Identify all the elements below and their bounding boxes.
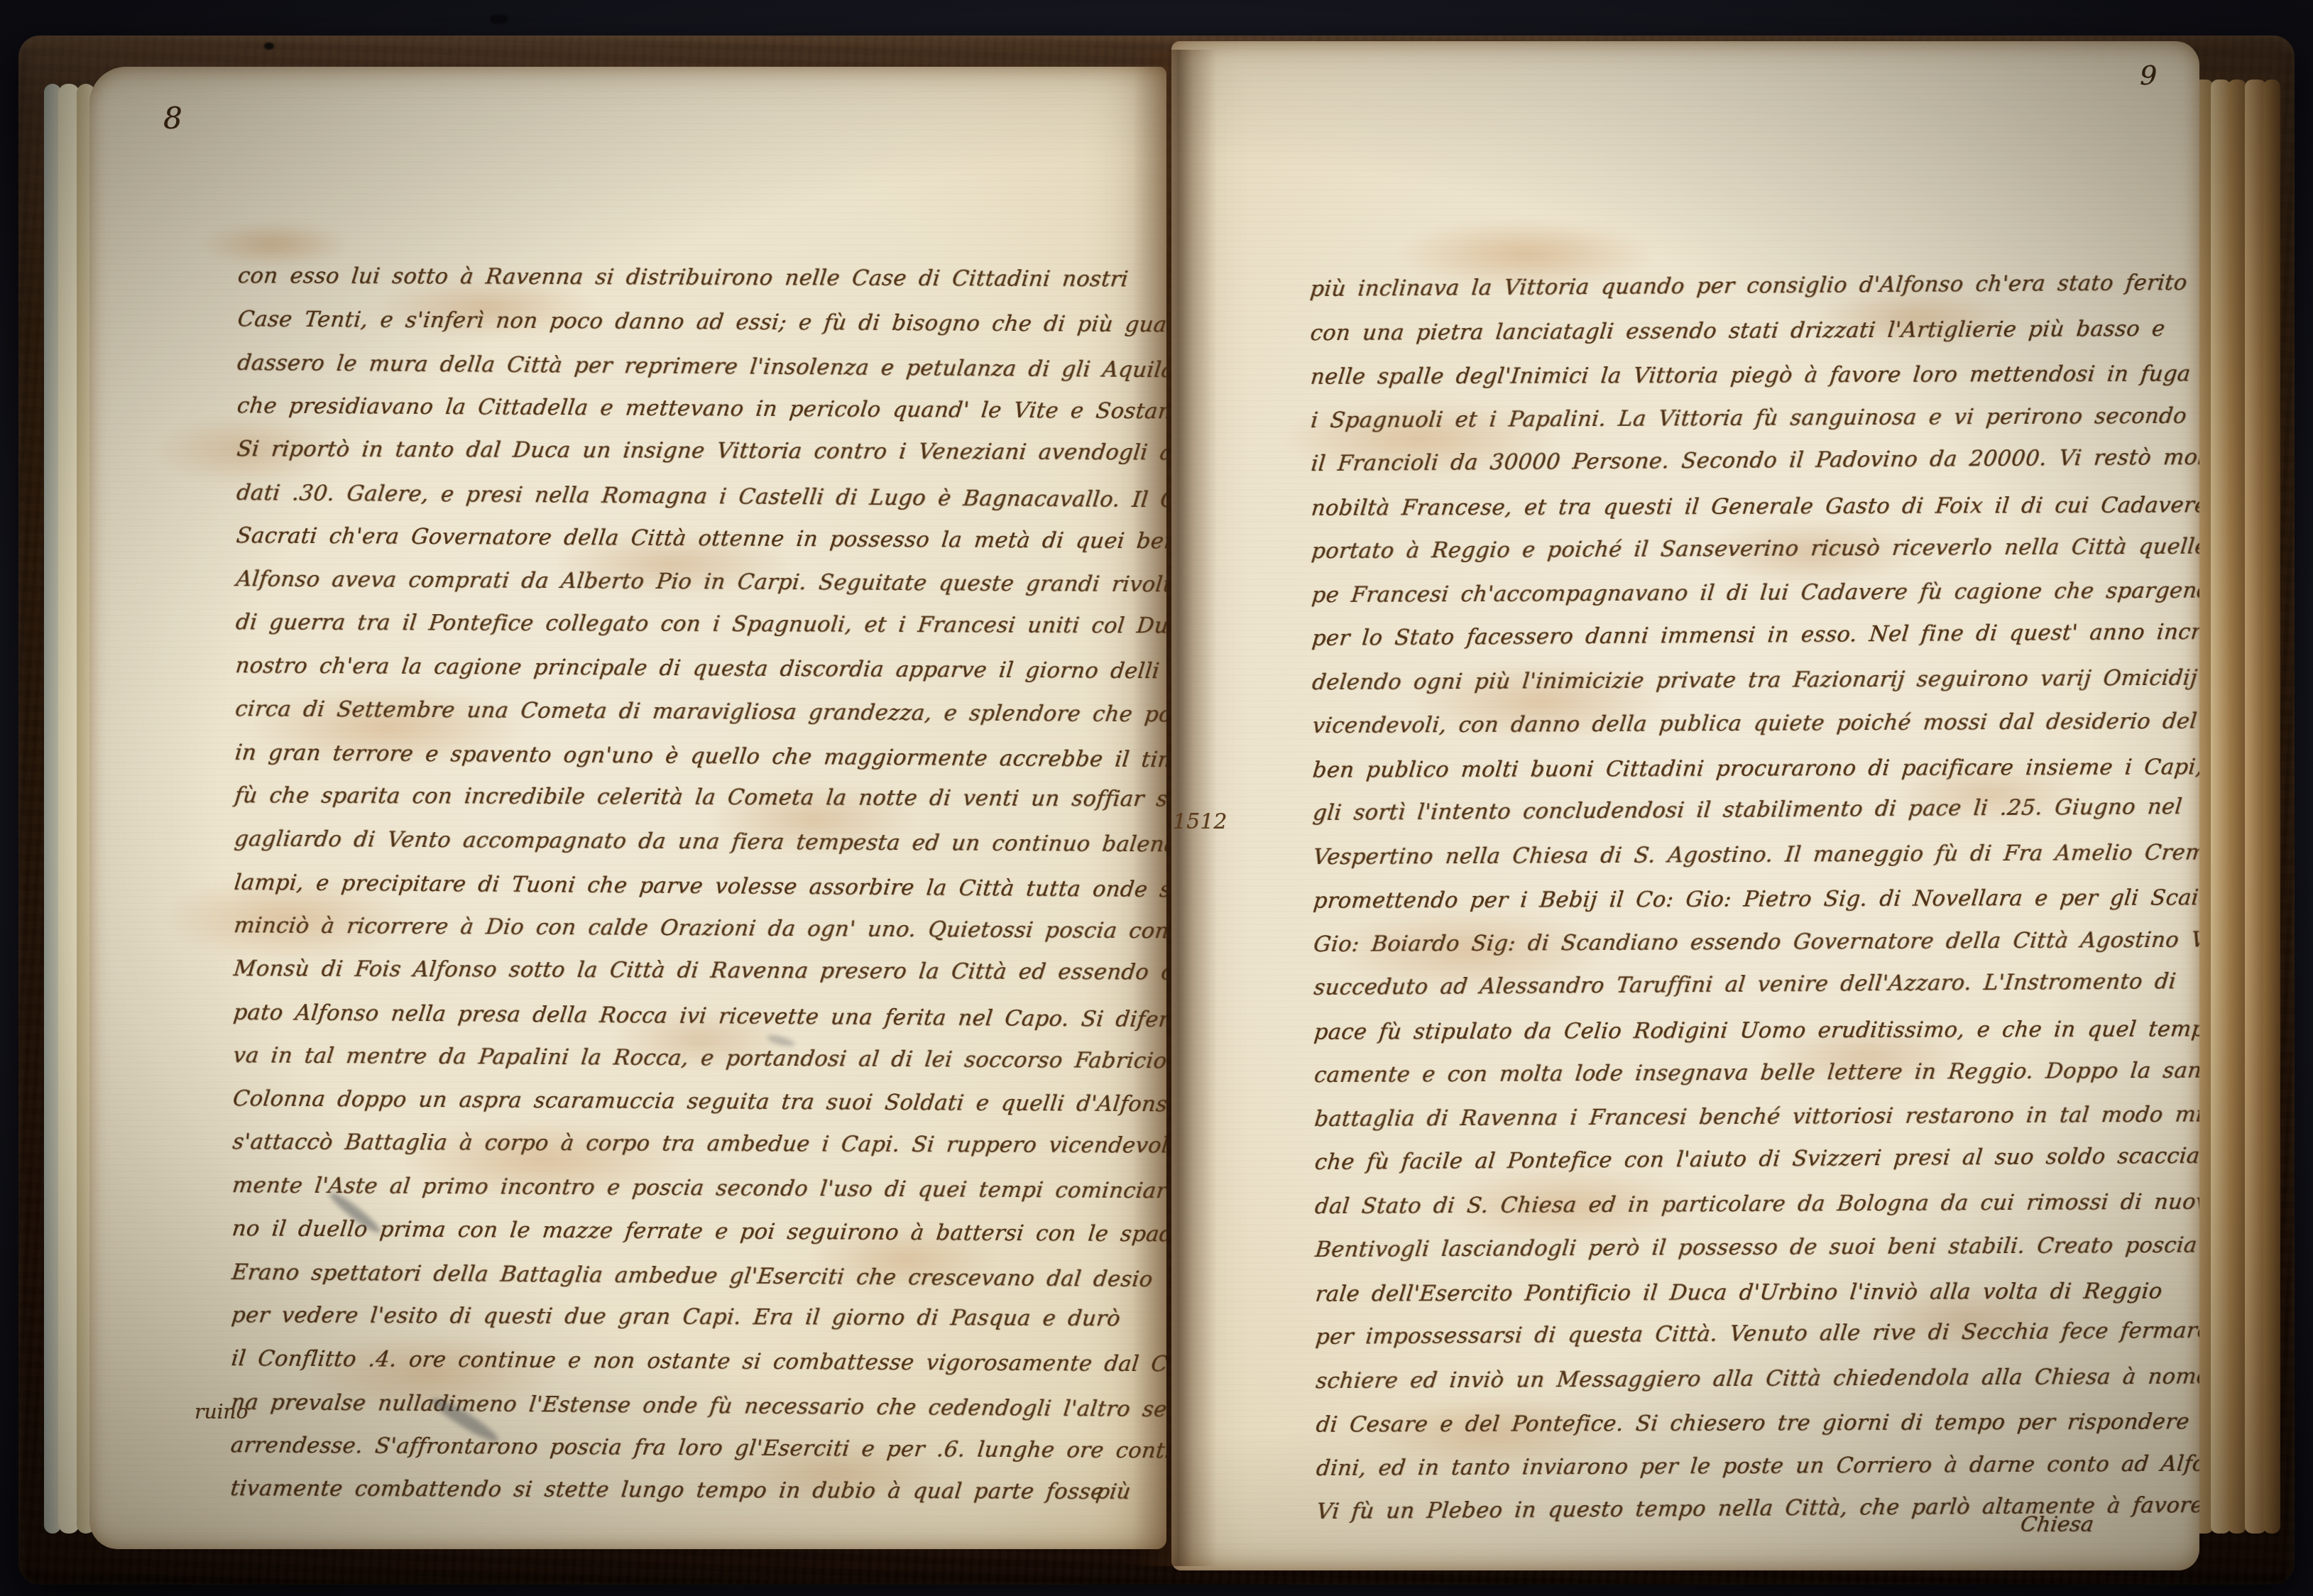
leaf-edge [2228,80,2246,1534]
manuscript-line: vicendevoli, con danno della publica qui… [1311,700,2161,748]
left-page: 8 con esso lui sotto à Ravenna si distri… [89,67,1166,1549]
manuscript-line: Case Tenti, e s'inferì non poco danno ad… [235,297,1100,346]
left-margin-note: ruino [195,1400,248,1423]
ink-speck [490,14,508,24]
manuscript-line: delendo ogni più l'inimicizie private tr… [1310,656,2160,704]
leaf-edge [2263,80,2280,1534]
manuscript-line: Erano spettatori della Battaglia ambedue… [229,1251,1095,1301]
manuscript-line: Sacrati ch'era Governatore della Città o… [234,514,1100,562]
manuscript-line: nobiltà Francese, et tra questi il Gener… [1309,483,2160,530]
manuscript-line: rale dell'Esercito Pontificio il Duca d'… [1313,1269,2164,1316]
manuscript-line: schiere ed inviò un Messaggiero alla Cit… [1313,1355,2164,1403]
manuscript-line: di Cesare e del Pontefice. Si chiesero t… [1314,1400,2165,1447]
left-catchword: più [1095,1480,1132,1504]
page-number-right: 9 [2140,60,2157,91]
manuscript-line: Monsù di Fois Alfonso sotto la Città di … [231,947,1097,994]
manuscript-line: na prevalse nulladimeno l'Estense onde f… [229,1381,1094,1431]
manuscript-line: mente l'Aste al primo incontro e poscia … [230,1164,1095,1212]
manuscript-line: che fù facile al Pontefice con l'aiuto d… [1313,1135,2163,1184]
manuscript-line: dassero le mura della Città per reprimer… [235,341,1100,391]
manuscript-line: Colonna doppo un aspra scaramuccia segui… [231,1077,1096,1125]
right-catchword: Chiesa [2019,1512,2096,1537]
manuscript-line: dal Stato di S. Chiesa ed in particolare… [1313,1180,2163,1228]
right-page-text: più inclinava la Vittoria quando per con… [1310,263,2162,1534]
manuscript-line: fù che sparita con incredibile celerità … [232,774,1098,821]
manuscript-line: che presidiavano la Cittadella e metteva… [235,384,1100,432]
manuscript-line: il Conflitto .4. ore continue e non osta… [229,1337,1095,1385]
manuscript-line: Alfonso aveva comprati da Alberto Pio in… [234,557,1099,606]
manuscript-line: gli sortì l'intento concludendosi il sta… [1311,785,2161,835]
manuscript-line: di guerra tra il Pontefice collegato con… [234,601,1099,647]
manuscript-line: arrendesse. S'affrontarono poscia fra lo… [229,1423,1094,1472]
photograph-background: 8 con esso lui sotto à Ravenna si distri… [0,0,2313,1596]
manuscript-line: nelle spalle degl'Inimici la Vittoria pi… [1308,352,2159,399]
manuscript-line: dati .30. Galere, e presi nella Romagna … [234,471,1100,521]
manuscript-line: camente e con molta lode insegnava belle… [1312,1049,2162,1098]
manuscript-line: ben publico molti buoni Cittadini procur… [1311,745,2161,792]
manuscript-line: nostro ch'era la cagione principale di q… [233,644,1098,692]
manuscript-line: portato à Reggio e poiché il Sanseverino… [1309,525,2160,574]
manuscript-line: Vespertino nella Chiesa di S. Agostino. … [1311,831,2162,879]
manuscript-line: Gio: Boiardo Sig: di Scandiano essendo G… [1311,918,2162,966]
manuscript-line: gagliardo di Vento accompagnato da una f… [232,817,1098,865]
right-page: 9 più inclinava la Vittoria quando per c… [1171,41,2199,1570]
manuscript-line: con una pietra lanciatagli essendo stati… [1308,307,2159,355]
left-page-text: con esso lui sotto à Ravenna si distribu… [231,254,1099,1515]
manuscript-line: con esso lui sotto à Ravenna si distribu… [236,254,1101,301]
manuscript-line: per impossessarsi di questa Città. Venut… [1313,1309,2164,1359]
manuscript-line: circa di Settembre una Cometa di maravig… [233,687,1098,736]
manuscript-line: Bentivogli lasciandogli però il possesso… [1313,1224,2164,1272]
page-number-left: 8 [163,101,182,136]
manuscript-line: Si riportò in tanto dal Duca un insigne … [234,427,1100,474]
manuscript-line: per vedere l'esito di questi due gran Ca… [229,1294,1095,1340]
manuscript-line: s'attaccò Battaglia à corpo à corpo tra … [230,1120,1095,1167]
manuscript-line: pe Francesi ch'accompagnavano il di lui … [1310,569,2160,617]
manuscript-line: va in tal mentre da Papalini la Rocca, e… [231,1034,1096,1082]
manuscript-line: pato Alfonso nella presa della Rocca ivi… [231,991,1096,1041]
manuscript-line: il Francioli da 30000 Persone. Secondo i… [1309,436,2160,486]
manuscript-line: per lo Stato facessero danni immensi in … [1310,611,2160,660]
right-margin-note-year: 1512 [1173,809,1227,834]
manuscript-line: succeduto ad Alessandro Taruffini al ven… [1312,960,2162,1010]
manuscript-line: lampi, e precipitare di Tuoni che parve … [232,861,1098,911]
manuscript-line: minciò à ricorrere à Dio con calde Orazi… [231,904,1097,952]
manuscript-line: i Spagnuoli et i Papalini. La Vittoria f… [1308,394,2159,442]
manuscript-line: promettendo per i Bebij il Co: Gio: Piet… [1311,876,2162,923]
manuscript-line: in gran terrore e spavento ogn'uno è que… [233,731,1098,781]
page-edges-right-stack [2192,80,2286,1534]
manuscript-line: più inclinava la Vittoria quando per con… [1308,261,2159,311]
manuscript-line: no il duello prima con le mazze ferrate … [230,1207,1095,1255]
manuscript-line: pace fù stipulato da Celio Rodigini Uomo… [1312,1007,2162,1054]
manuscript-line: battaglia di Ravenna i Francesi benché v… [1313,1093,2163,1141]
manuscript-line: tivamente combattendo si stette lungo te… [228,1467,1093,1514]
manuscript-line: dini, ed in tanto inviarono per le poste… [1314,1442,2165,1490]
